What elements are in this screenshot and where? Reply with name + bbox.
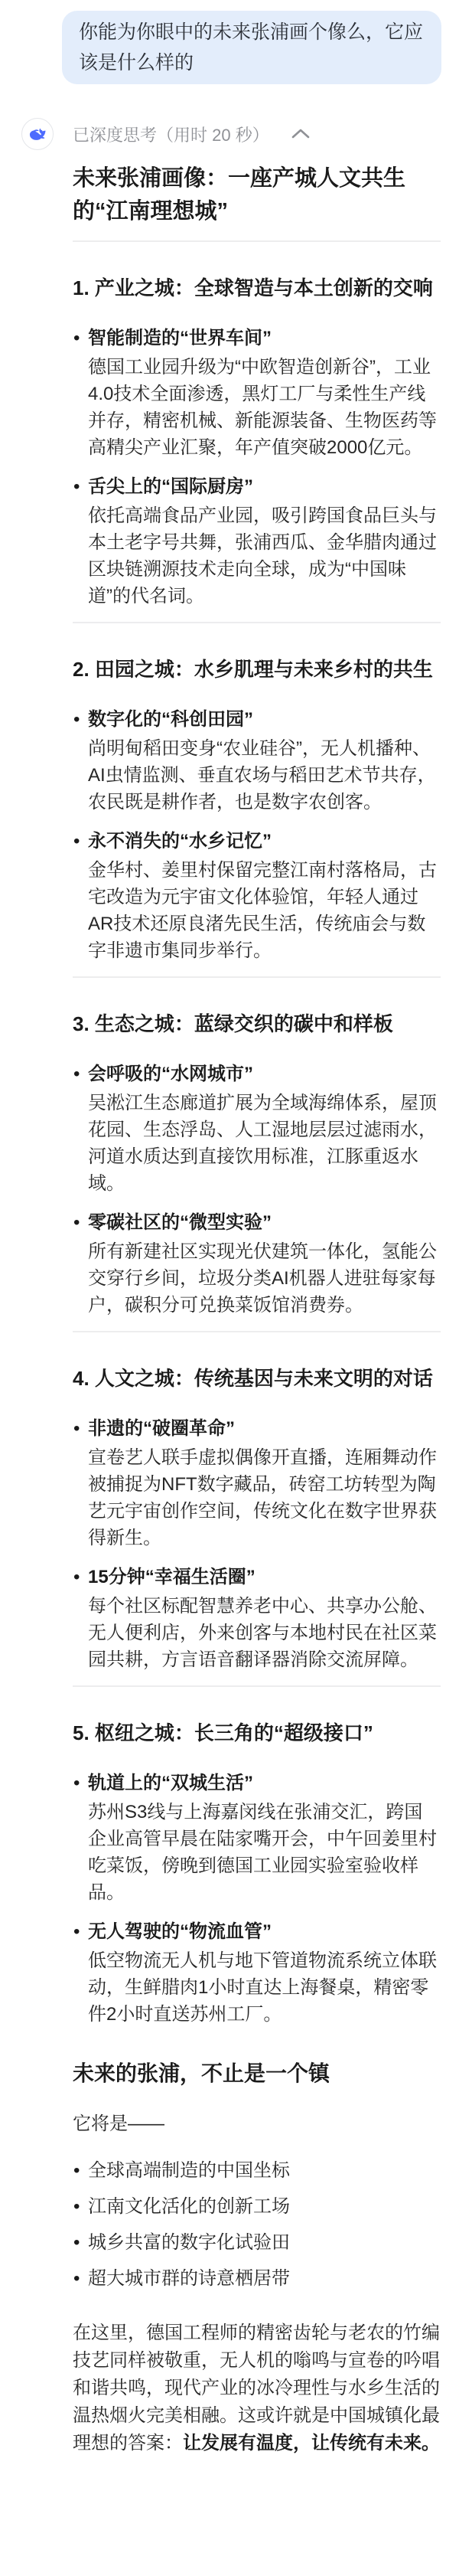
list-item: 零碳社区的“微型实验” 所有新建社区实现光伏建筑一体化，氢能公交穿行乡间，垃圾分… xyxy=(73,1208,441,1319)
list-item: 15分钟“幸福生活圈” 每个社区标配智慧养老中心、共享办公舱、无人便利店，外来创… xyxy=(73,1562,441,1673)
bullet-desc: 尚明甸稻田变身“农业硅谷”，无人机播种、AI虫情监测、垂直农场与稻田艺术节共存，… xyxy=(88,735,441,816)
bullet-title: 15分钟“幸福生活圈” xyxy=(88,1562,441,1593)
list-item: 会呼吸的“水网城市” 吴淞江生态廊道扩展为全域海绵体系，屋顶花园、生态浮岛、人工… xyxy=(73,1059,441,1197)
chevron-up-icon[interactable] xyxy=(291,127,311,141)
bullet-title: 非遗的“破圈革命” xyxy=(88,1414,441,1444)
bullet-title: 会呼吸的“水网城市” xyxy=(88,1059,441,1090)
bullet-title: 轨道上的“双城生活” xyxy=(88,1768,441,1799)
section-heading-5: 5. 枢纽之城：长三角的“超级接口” xyxy=(73,1719,441,1747)
list-item: 无人驾驶的“物流血管” 低空物流无人机与地下管道物流系统立体联动，生鲜腊肉1小时… xyxy=(73,1917,441,2028)
bullet-title: 舌尖上的“国际厨房” xyxy=(88,472,441,502)
user-message-row: 你能为你眼中的未来张浦画个像么，它应该是什么样的 xyxy=(0,0,459,84)
list-item: 城乡共富的数字化试验田 xyxy=(73,2229,441,2256)
bullet-desc: 低空物流无人机与地下管道物流系统立体联动，生鲜腊肉1小时直达上海餐桌，精密零件2… xyxy=(88,1947,441,2028)
closing-paragraph: 在这里，德国工程师的精密齿轮与老农的竹编技艺同样被敬重，无人机的嗡鸣与宣卷的吟唱… xyxy=(73,2319,441,2457)
closing-bold-text: 让发展有温度，让传统有未来。 xyxy=(183,2433,440,2453)
list-item: 轨道上的“双城生活” 苏州S3线与上海嘉闵线在张浦交汇，跨国企业高管早晨在陆家嘴… xyxy=(73,1768,441,1906)
divider xyxy=(73,976,441,978)
section-heading-1: 1. 产业之城：全球智造与本土创新的交响 xyxy=(73,274,441,302)
divider xyxy=(73,622,441,623)
bullet-desc: 金华村、姜里村保留完整江南村落格局，古宅改造为元宇宙文化体验馆，年轻人通过AR技… xyxy=(88,857,441,964)
divider xyxy=(73,1331,441,1332)
closing-lead: 它将是—— xyxy=(73,2110,441,2137)
section-heading-3: 3. 生态之城：蓝绿交织的碳中和样板 xyxy=(73,1010,441,1038)
deep-think-label[interactable]: 已深度思考（用时 20 秒） xyxy=(73,123,269,146)
section-heading-2: 2. 田园之城：水乡肌理与未来乡村的共生 xyxy=(73,655,441,683)
bullet-desc: 依托高端食品产业园，吸引跨国食品巨头与本土老字号共舞，张浦西瓜、金华腊肉通过区块… xyxy=(88,502,441,610)
bullet-title: 零碳社区的“微型实验” xyxy=(88,1208,441,1238)
list-item: 超大城市群的诗意栖居带 xyxy=(73,2265,441,2292)
bullet-title: 数字化的“科创田园” xyxy=(88,704,441,735)
divider xyxy=(73,240,441,242)
list-item: 智能制造的“世界车间” 德国工业园升级为“中欧智造创新谷”，工业4.0技术全面渗… xyxy=(73,323,441,461)
divider xyxy=(73,1685,441,1687)
list-item: 永不消失的“水乡记忆” 金华村、姜里村保留完整江南村落格局，古宅改造为元宇宙文化… xyxy=(73,826,441,964)
bullet-title: 无人驾驶的“物流血管” xyxy=(88,1917,441,1947)
assistant-avatar xyxy=(21,118,54,150)
deepseek-whale-icon xyxy=(28,124,48,145)
list-item: 非遗的“破圈革命” 宣卷艺人联手虚拟偶像开直播，连厢舞动作被捕捉为NFT数字藏品… xyxy=(73,1414,441,1551)
bullet-desc: 苏州S3线与上海嘉闵线在张浦交汇，跨国企业高管早晨在陆家嘴开会，中午回姜里村吃菜… xyxy=(88,1799,441,1906)
bullet-title: 智能制造的“世界车间” xyxy=(88,323,441,354)
answer-title: 未来张浦画像：一座产城人文共生的“江南理想城” xyxy=(73,162,441,228)
bullet-desc: 德国工业园升级为“中欧智造创新谷”，工业4.0技术全面渗透，黑灯工厂与柔性生产线… xyxy=(88,354,441,461)
assistant-answer: 未来张浦画像：一座产城人文共生的“江南理想城” 1. 产业之城：全球智造与本土创… xyxy=(73,162,441,2457)
bullet-desc: 宣卷艺人联手虚拟偶像开直播，连厢舞动作被捕捉为NFT数字藏品，砖窑工坊转型为陶艺… xyxy=(88,1444,441,1551)
list-item: 舌尖上的“国际厨房” 依托高端食品产业园，吸引跨国食品巨头与本土老字号共舞，张浦… xyxy=(73,472,441,610)
list-item: 数字化的“科创田园” 尚明甸稻田变身“农业硅谷”，无人机播种、AI虫情监测、垂直… xyxy=(73,704,441,816)
section-heading-4: 4. 人文之城：传统基因与未来文明的对话 xyxy=(73,1365,441,1392)
user-message-bubble: 你能为你眼中的未来张浦画个像么，它应该是什么样的 xyxy=(62,11,441,84)
list-item: 全球高端制造的中国坐标 xyxy=(73,2157,441,2184)
list-item: 江南文化活化的创新工场 xyxy=(73,2193,441,2220)
closing-heading: 未来的张浦，不止是一个镇 xyxy=(73,2058,441,2089)
bullet-desc: 每个社区标配智慧养老中心、共享办公舱、无人便利店，外来创客与本地村民在社区菜园共… xyxy=(88,1593,441,1673)
bullet-title: 永不消失的“水乡记忆” xyxy=(88,826,441,857)
bullet-desc: 所有新建社区实现光伏建筑一体化，氢能公交穿行乡间，垃圾分类AI机器人进驻每家每户… xyxy=(88,1238,441,1319)
deep-think-toggle[interactable]: 已深度思考（用时 20 秒） xyxy=(21,118,459,150)
bullet-desc: 吴淞江生态廊道扩展为全域海绵体系，屋顶花园、生态浮岛、人工湿地层层过滤雨水，河道… xyxy=(88,1090,441,1197)
